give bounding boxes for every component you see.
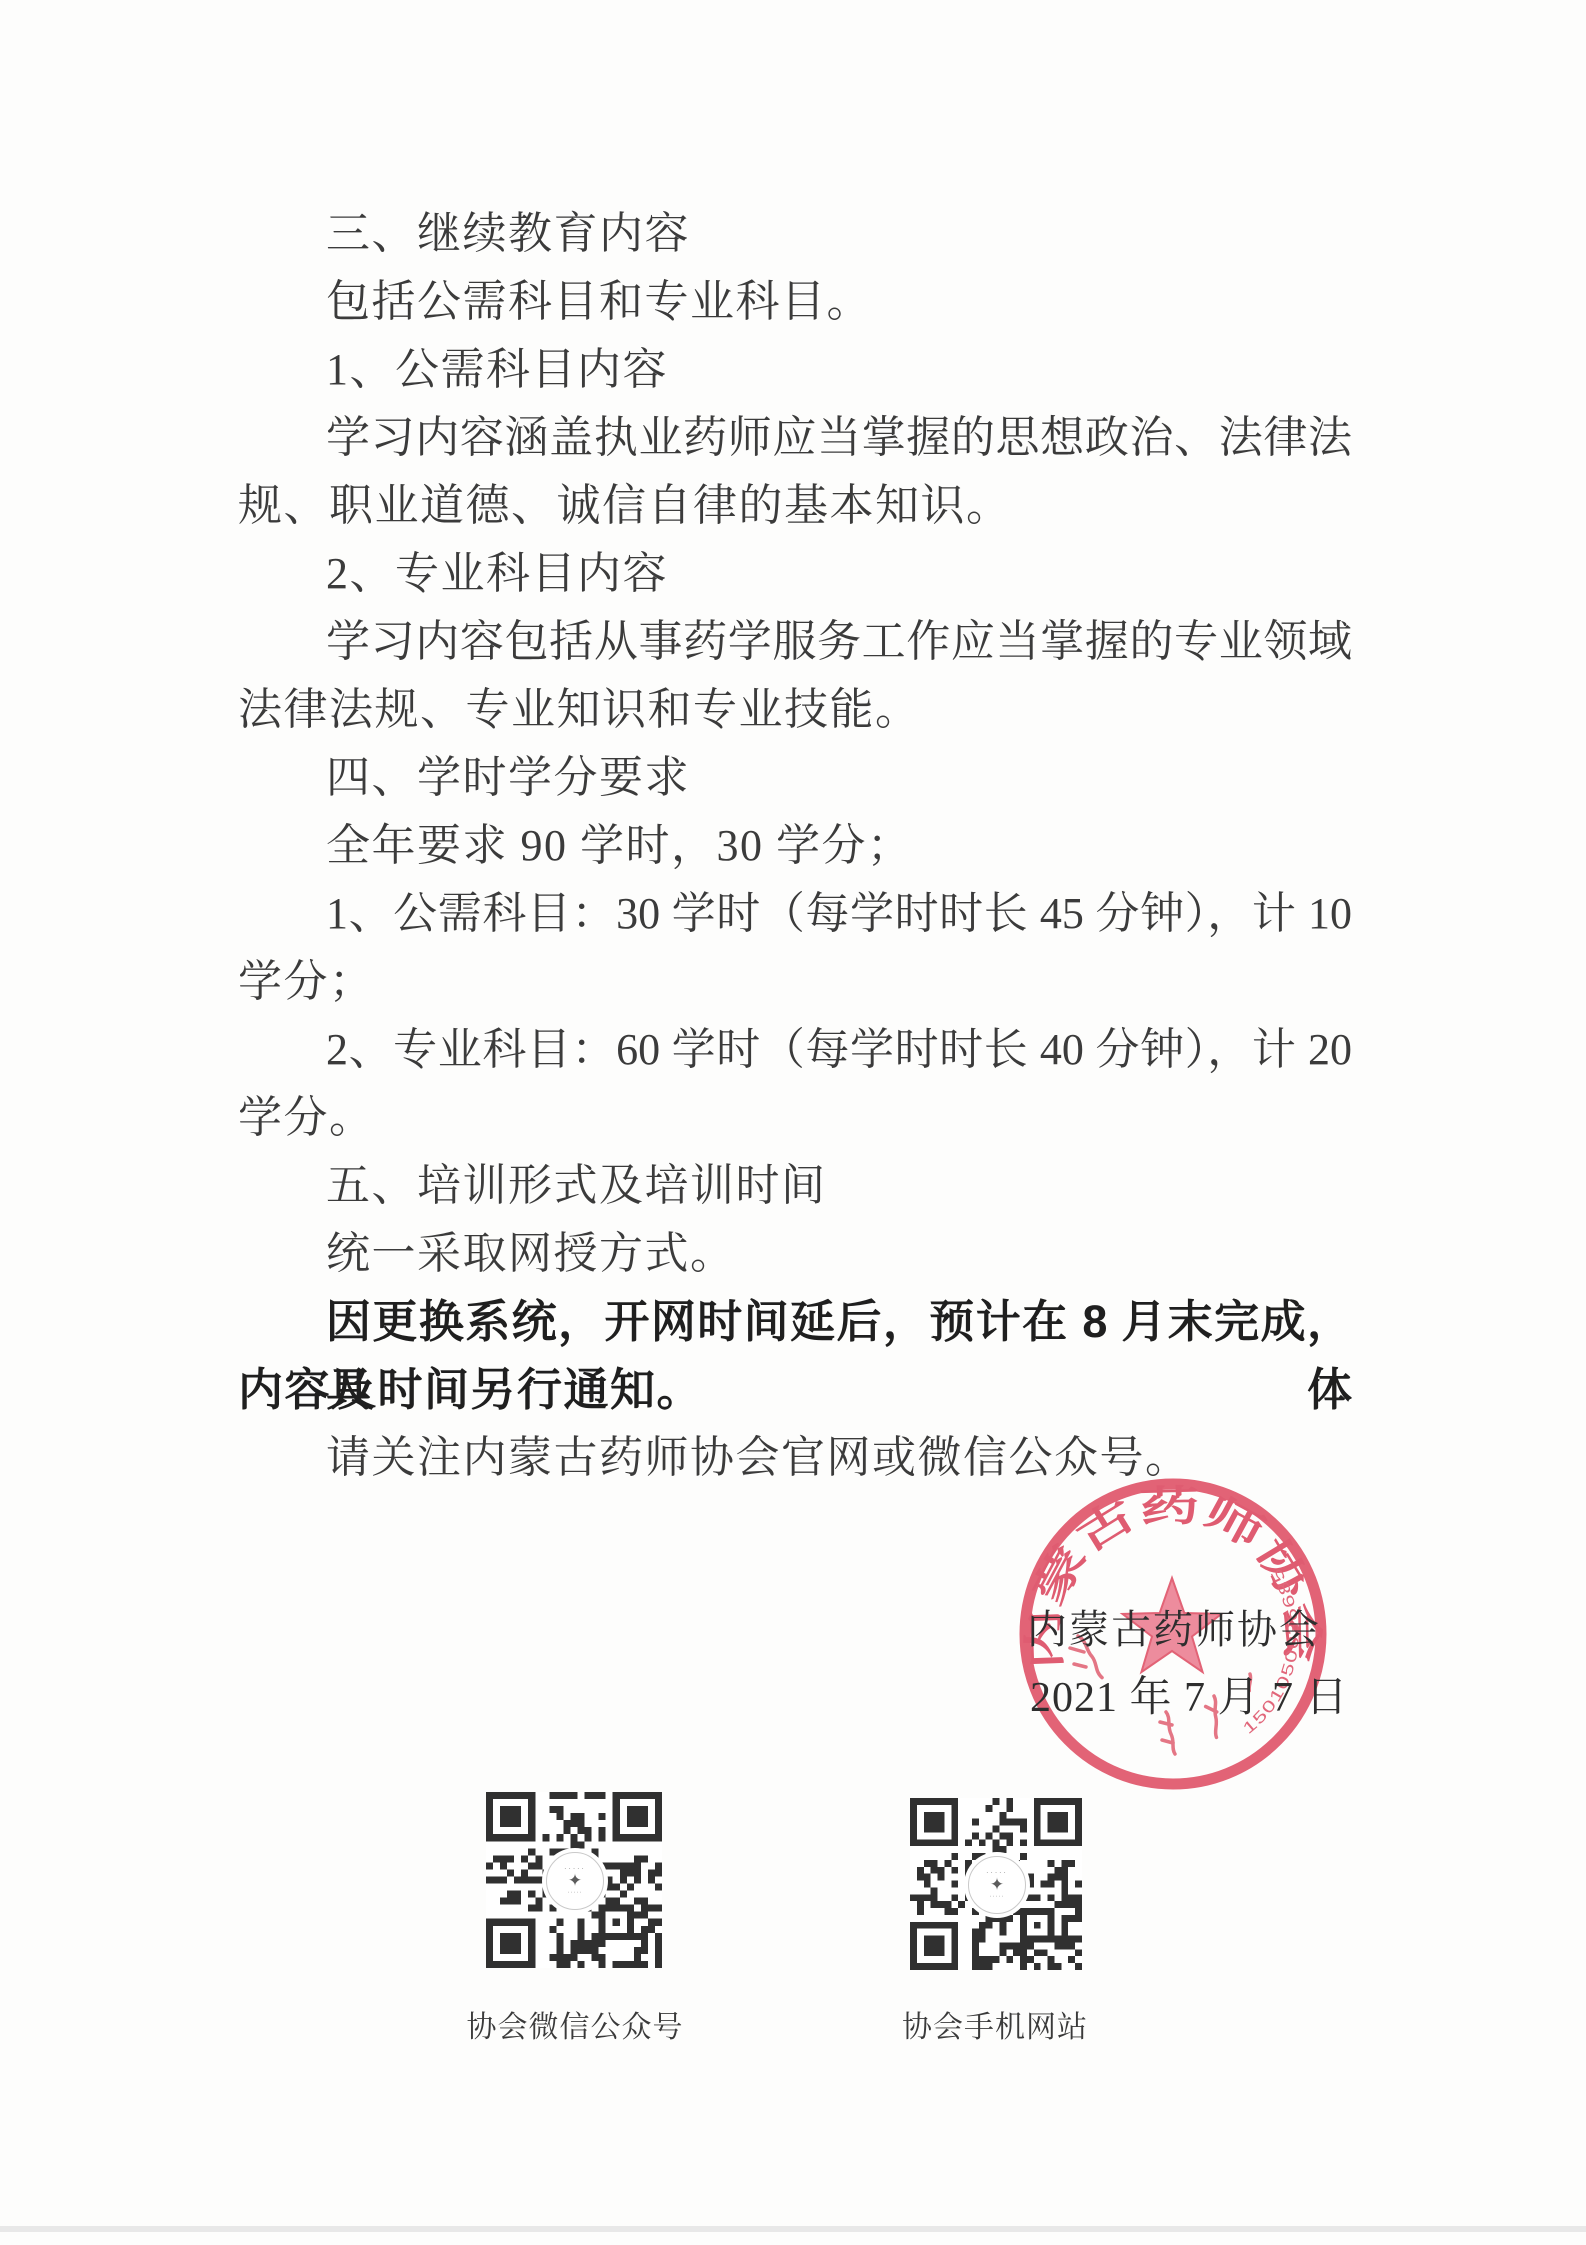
body-line: 规、职业道德、诚信自律的基本知识。 [238,472,1352,540]
emblem-star-icon: ✦ [568,1872,582,1890]
body-line: 1、公需科目内容 [238,336,1352,404]
scanner-edge-artifact [0,2226,1586,2232]
body-line: 学分； [238,948,1352,1016]
body-line: 五、培训形式及培训时间 [238,1152,1352,1220]
body-line: 学习内容涵盖执业药师应当掌握的思想政治、法律法 [238,404,1352,472]
signature-date: 2021 年 7 月 7 日 [1030,1664,1349,1724]
emblem-tiny-text: ····· [990,1894,1005,1901]
qr-caption-wechat: 协会微信公众号 [460,2002,690,2046]
body-line: 包括公需科目和专业科目。 [238,268,1352,336]
signature-organization: 内蒙古药师协会 [1027,1598,1321,1655]
emblem-tiny-text: ····· [568,1890,583,1897]
association-emblem: ····· ✦ ····· [546,1852,604,1910]
body-line: 法律法规、专业知识和专业技能。 [238,676,1352,744]
notice-body: 三、继续教育内容包括公需科目和专业科目。1、公需科目内容学习内容涵盖执业药师应当… [238,200,1352,1492]
body-line: 学习内容包括从事药学服务工作应当掌握的专业领域 [238,608,1352,676]
body-line: 全年要求 90 学时，30 学分； [238,812,1352,880]
association-emblem: ····· ✦ ····· [968,1856,1026,1914]
emblem-star-icon: ✦ [990,1876,1004,1894]
body-line: 2、专业科目内容 [238,540,1352,608]
body-line: 2、专业科目：60 学时（每学时时长 40 分钟），计 20 [238,1016,1352,1084]
body-line: 1、公需科目：30 学时（每学时时长 45 分钟），计 10 [238,880,1352,948]
body-line: 三、继续教育内容 [238,200,1352,268]
body-line: 学分。 [238,1084,1352,1152]
body-line: 因更换系统，开网时间延后，预计在 8 月末完成，具体 [238,1288,1352,1356]
qr-caption-mobile-site: 协会手机网站 [880,2002,1110,2046]
qr-code-mobile-site: ····· ✦ ····· [910,1798,1082,1970]
document-page: 三、继续教育内容包括公需科目和专业科目。1、公需科目内容学习内容涵盖执业药师应当… [0,0,1586,2245]
qr-code-wechat: ····· ✦ ····· [486,1792,662,1968]
body-line: 四、学时学分要求 [238,744,1352,812]
body-line: 统一采取网授方式。 [238,1220,1352,1288]
